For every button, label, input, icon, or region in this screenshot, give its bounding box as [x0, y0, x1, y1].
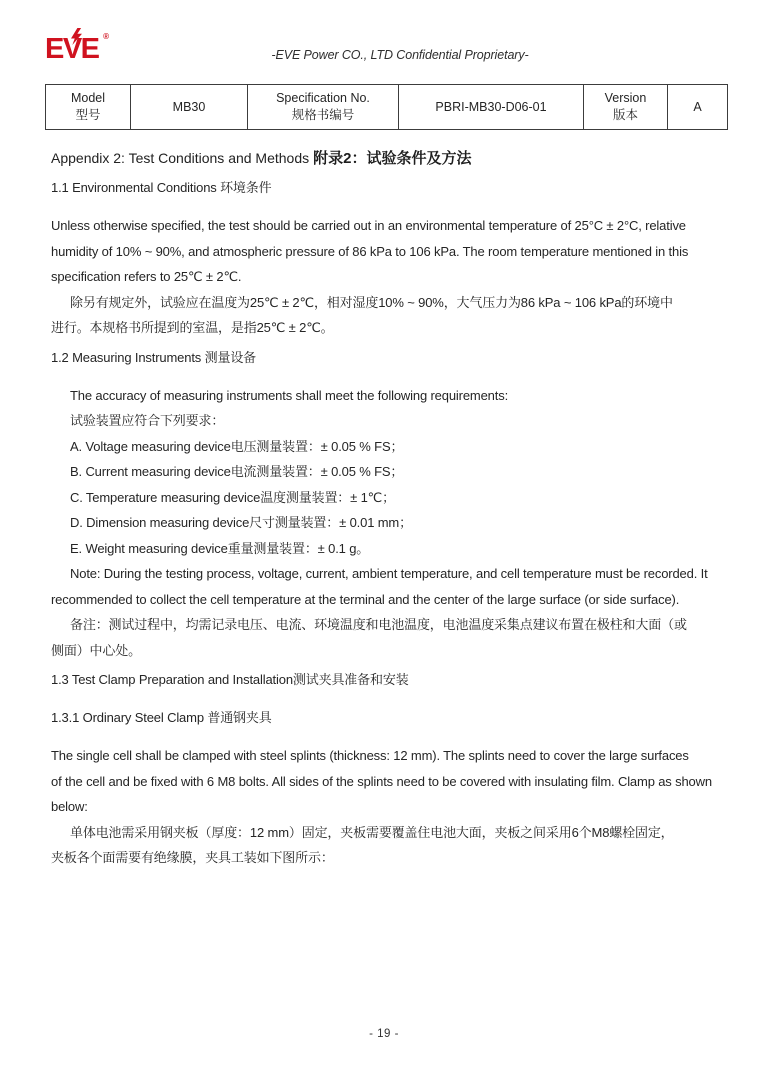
text-line: 1.3.1 Ordinary Steel Clamp 普通钢夹具 — [51, 705, 768, 731]
text-line: 除另有规定外，试验应在温度为25℃ ± 2℃，相对湿度10% ~ 90%，大气压… — [51, 290, 768, 316]
text-line: 备注：测试过程中，均需记录电压、电流、环境温度和电池温度，电池温度采集点建议布置… — [51, 612, 768, 638]
model-label-cell: Model 型号 — [46, 85, 131, 130]
text-line: 1.3 Test Clamp Preparation and Installat… — [51, 667, 768, 693]
version-label-cn: 版本 — [586, 107, 665, 124]
text-line: below: — [51, 794, 768, 820]
paragraph: 除另有规定外，试验应在温度为25℃ ± 2℃，相对湿度10% ~ 90%，大气压… — [51, 290, 768, 341]
spec-no-label-cn: 规格书编号 — [250, 107, 396, 124]
text-line: C. Temperature measuring device温度测量装置：± … — [51, 485, 768, 511]
spec-no-label-en: Specification No. — [250, 90, 396, 107]
paragraph: The accuracy of measuring instruments sh… — [51, 383, 768, 664]
text-line: D. Dimension measuring device尺寸测量装置：± 0.… — [51, 510, 768, 536]
text-line: 侧面）中心处。 — [51, 638, 768, 664]
eve-logo: EVE® — [45, 34, 115, 68]
section-heading: 1.3 Test Clamp Preparation and Installat… — [51, 667, 768, 693]
section-heading: 1.3.1 Ordinary Steel Clamp 普通钢夹具 — [51, 705, 768, 731]
spec-no-label-cell: Specification No. 规格书编号 — [248, 85, 399, 130]
text-line: 1.1 Environmental Conditions 环境条件 — [51, 175, 768, 201]
appendix-title-cn: 附录2：试验条件及方法 — [313, 150, 471, 167]
registered-trademark-icon: ® — [103, 32, 109, 41]
text-line: 1.2 Measuring Instruments 测量设备 — [51, 345, 768, 371]
text-line: recommended to collect the cell temperat… — [51, 587, 768, 613]
text-line: 进行。本规格书所提到的室温，是指25℃ ± 2℃。 — [51, 315, 768, 341]
section-heading: 1.1 Environmental Conditions 环境条件 — [51, 175, 768, 201]
model-label-cn: 型号 — [48, 107, 128, 124]
paragraph: The single cell shall be clamped with st… — [51, 743, 768, 820]
version-value-cell: A — [668, 85, 728, 130]
appendix-title-en: Appendix 2: Test Conditions and Methods — [51, 150, 309, 166]
version-label-cell: Version 版本 — [584, 85, 668, 130]
document-page: EVE® -EVE Power CO., LTD Confidential Pr… — [0, 0, 768, 1086]
text-line: B. Current measuring device电流测量装置：± 0.05… — [51, 459, 768, 485]
spec-no-value-cell: PBRI-MB30-D06-01 — [399, 85, 584, 130]
text-line: Note: During the testing process, voltag… — [51, 561, 768, 587]
spec-info-table: Model 型号 MB30 Specification No. 规格书编号 PB… — [45, 84, 728, 130]
text-line: 夹板各个面需要有绝缘膜，夹具工装如下图所示： — [51, 845, 768, 871]
document-content: Appendix 2: Test Conditions and Methods附… — [51, 146, 768, 871]
table-row: Model 型号 MB30 Specification No. 规格书编号 PB… — [46, 85, 728, 130]
text-line: A. Voltage measuring device电压测量装置：± 0.05… — [51, 434, 768, 460]
version-label-en: Version — [586, 90, 665, 107]
appendix-title: Appendix 2: Test Conditions and Methods附… — [51, 146, 768, 171]
text-line: The single cell shall be clamped with st… — [51, 743, 768, 769]
text-line: E. Weight measuring device重量测量装置：± 0.1 g… — [51, 536, 768, 562]
confidential-header-text: -EVE Power CO., LTD Confidential Proprie… — [271, 48, 528, 62]
text-line: The accuracy of measuring instruments sh… — [51, 383, 768, 409]
text-line: Unless otherwise specified, the test sho… — [51, 213, 768, 239]
paragraph: 单体电池需采用钢夹板（厚度：12 mm）固定，夹板需要覆盖住电池大面，夹板之间采… — [51, 820, 768, 871]
text-line: 试验装置应符合下列要求： — [51, 408, 768, 434]
text-line: humidity of 10% ~ 90%, and atmospheric p… — [51, 239, 768, 265]
text-line: of the cell and be fixed with 6 M8 bolts… — [51, 769, 768, 795]
paragraph: Unless otherwise specified, the test sho… — [51, 213, 768, 290]
document-body: 1.1 Environmental Conditions 环境条件Unless … — [51, 175, 768, 871]
model-value-cell: MB30 — [131, 85, 248, 130]
section-heading: 1.2 Measuring Instruments 测量设备 — [51, 345, 768, 371]
page-number: - 19 - — [369, 1028, 399, 1040]
text-line: 单体电池需采用钢夹板（厚度：12 mm）固定，夹板需要覆盖住电池大面，夹板之间采… — [51, 820, 768, 846]
text-line: specification refers to 25℃ ± 2℃. — [51, 264, 768, 290]
model-label-en: Model — [48, 90, 128, 107]
